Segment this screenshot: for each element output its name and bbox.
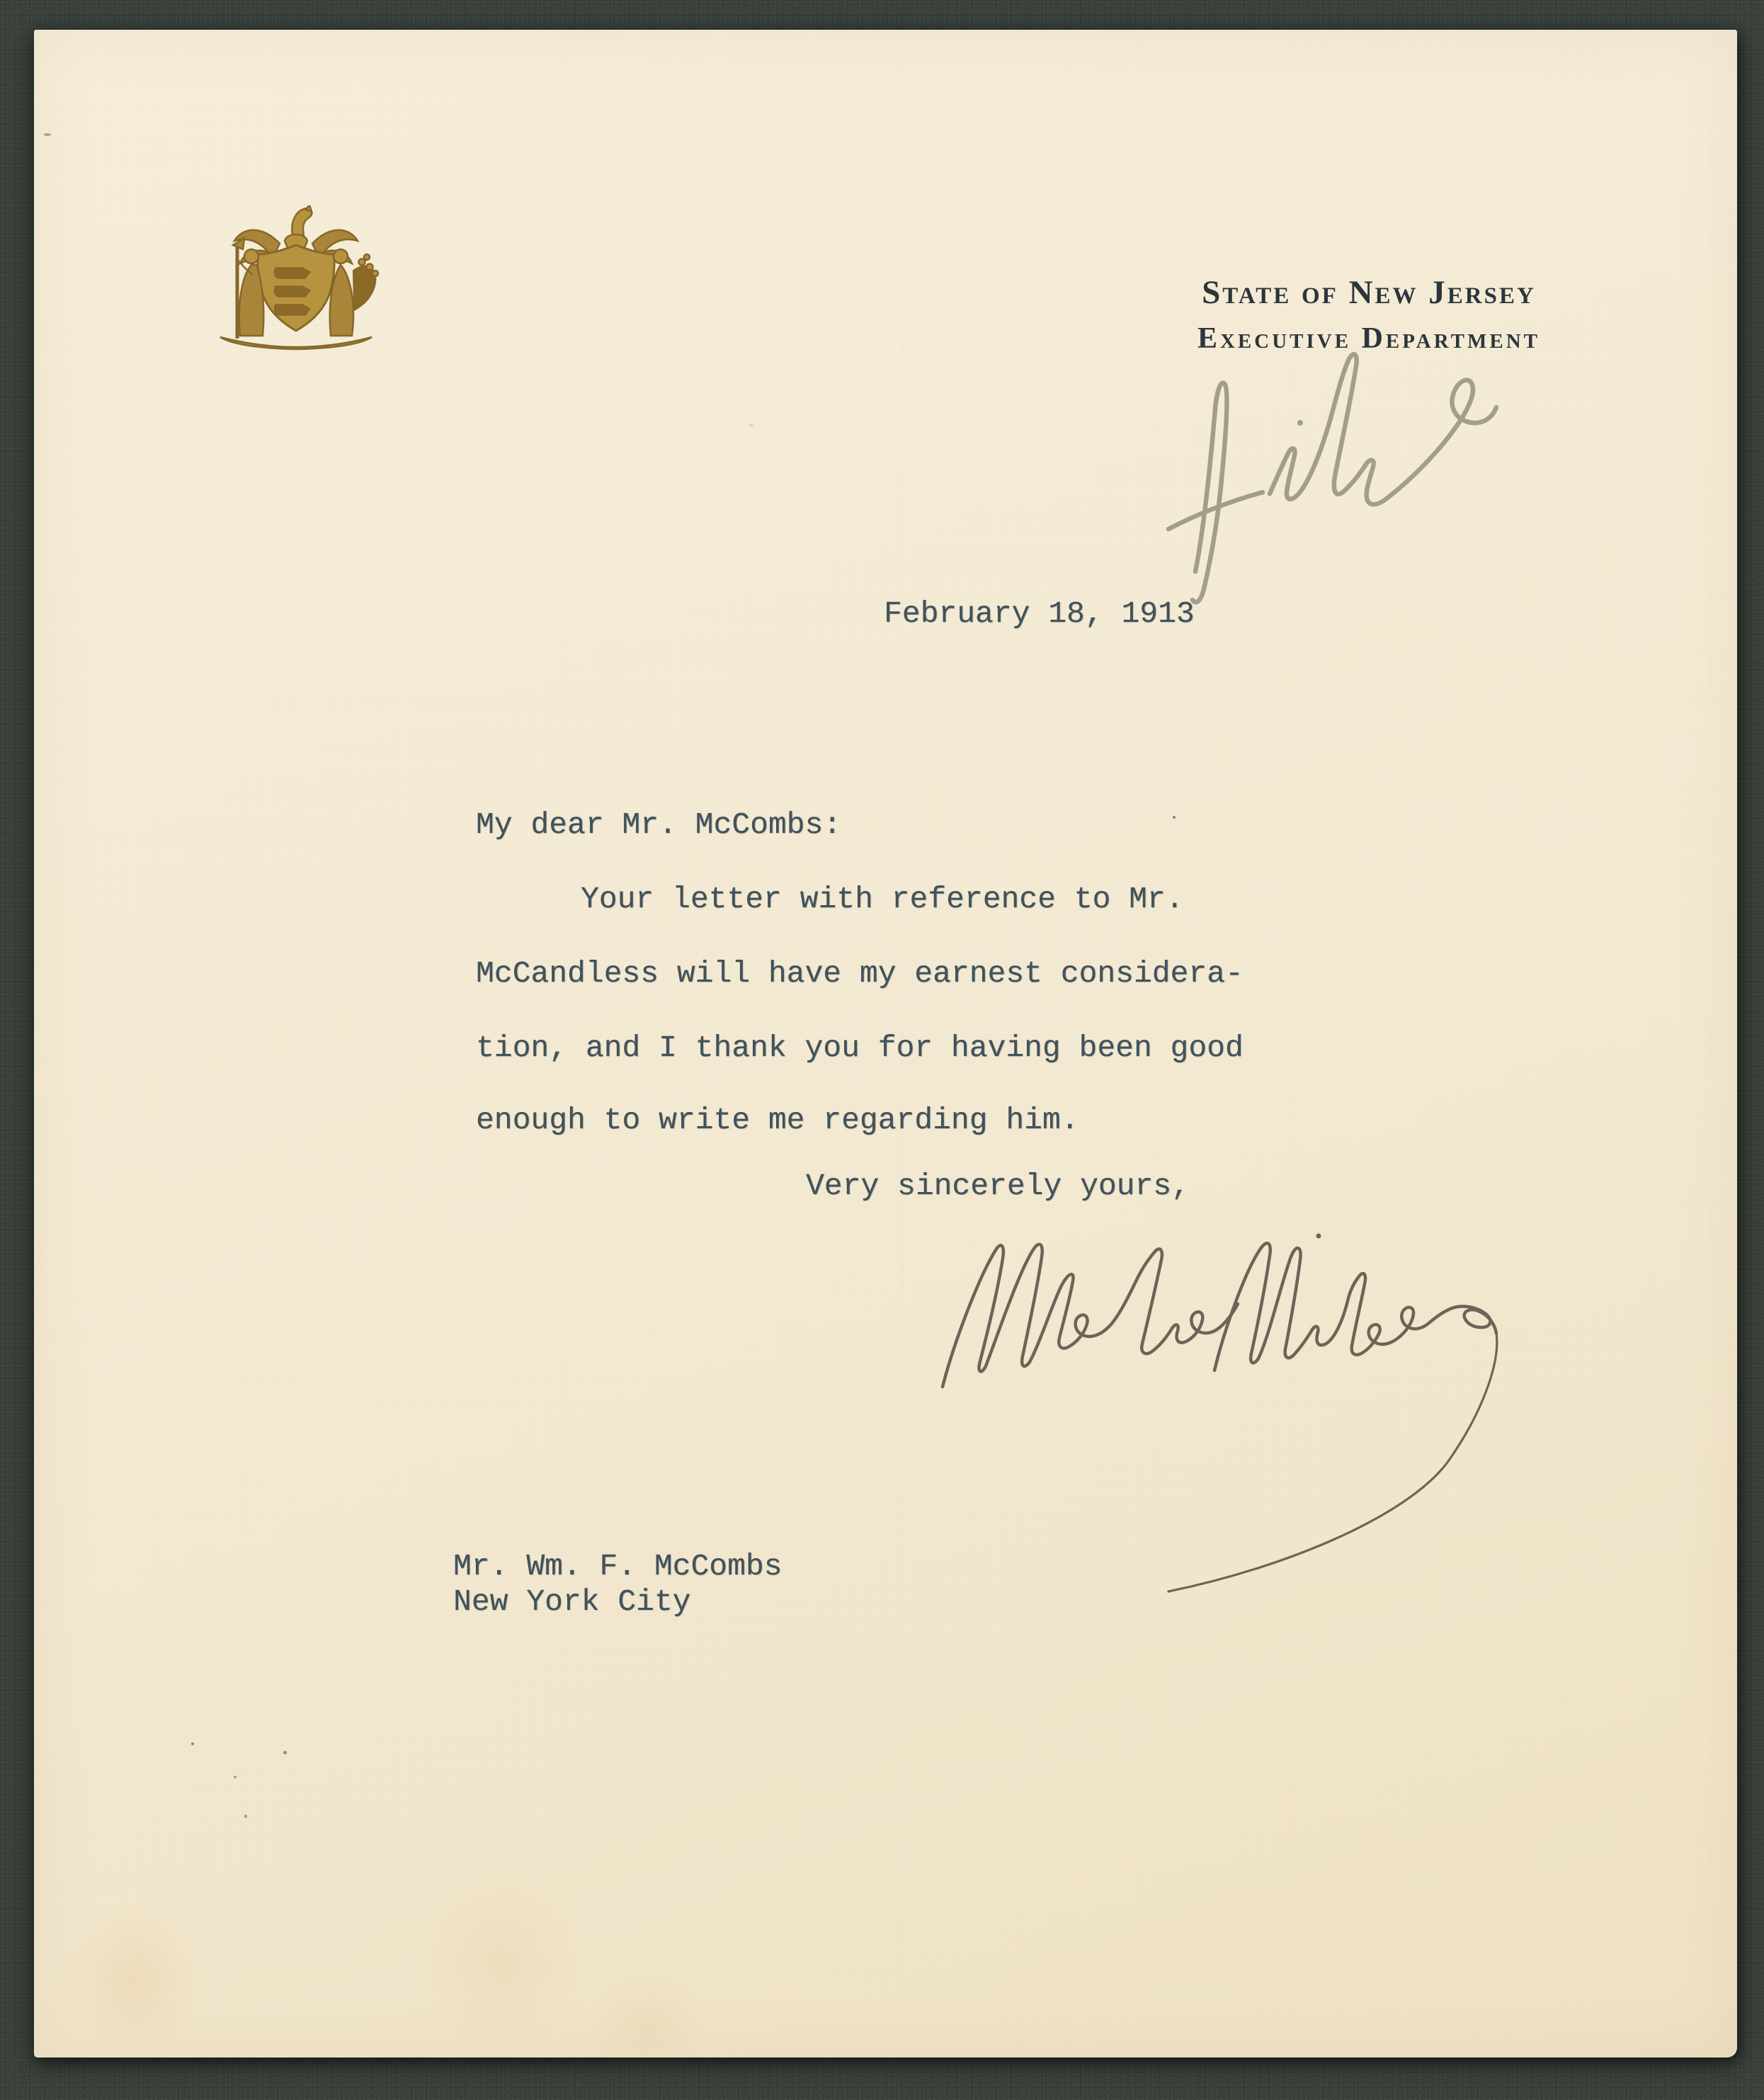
paper-speck: [234, 1776, 237, 1778]
paper-speck: [244, 1815, 247, 1818]
age-smudge: [586, 1970, 707, 2077]
horizontal-fold-crease-upper: [34, 703, 1737, 705]
letterhead-state-line: State of New Jersey: [979, 273, 1758, 312]
salutation: My dear Mr. McCombs:: [476, 807, 841, 844]
letter-date: February 18, 1913: [884, 596, 1195, 632]
paper-speck: [283, 1751, 287, 1754]
age-smudge: [62, 1900, 204, 2062]
recipient-name: Mr. Wm. F. McCombs: [453, 1549, 782, 1585]
age-smudge: [416, 1871, 586, 2055]
letter-paper: State of New Jersey Executive Department…: [34, 30, 1737, 2058]
closing-line: Very sincerely yours,: [806, 1169, 1190, 1205]
paper-speck: [191, 1742, 194, 1745]
paper-speck: [44, 133, 51, 136]
scanned-letter-photo: { "document": { "kind": "typed-letter", …: [0, 0, 1764, 2100]
body-line: McCandless will have my earnest consider…: [476, 956, 1244, 992]
new-jersey-coat-of-arms-icon: [200, 205, 392, 358]
handwritten-file-note: [1139, 317, 1535, 614]
paper-speck: [1173, 816, 1176, 819]
recipient-city: New York City: [453, 1584, 690, 1621]
body-line: tion, and I thank you for having been go…: [476, 1031, 1244, 1067]
body-line: Your letter with reference to Mr.: [581, 882, 1184, 918]
body-line: enough to write me regarding him.: [476, 1103, 1079, 1139]
woodrow-wilson-signature: [912, 1202, 1528, 1634]
paper-speck: [749, 424, 753, 427]
